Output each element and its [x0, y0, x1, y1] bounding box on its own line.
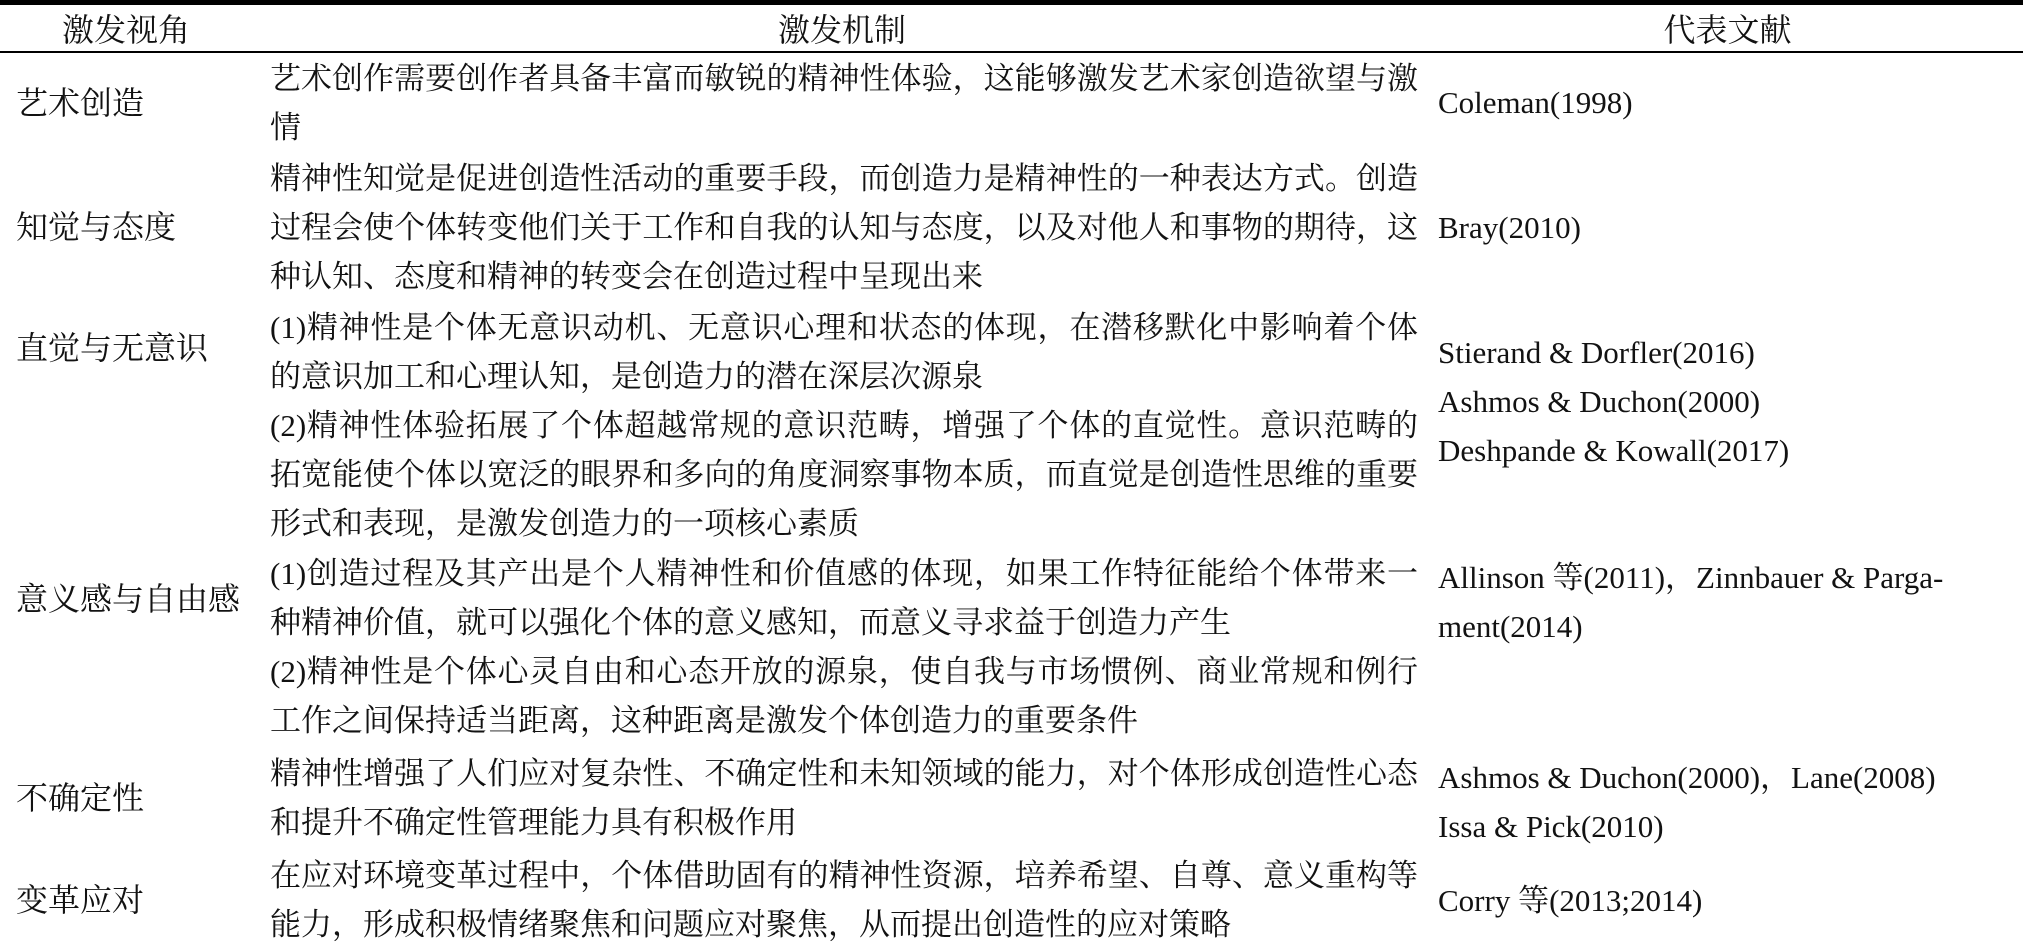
citation-line: Ashmos & Duchon(2000)，Lane(2008): [1438, 753, 2017, 802]
citation-cell: Allinson 等(2011)，Zinnbauer & Parga- ment…: [1432, 549, 2023, 745]
perspective-cell: 不确定性: [0, 745, 252, 851]
header-row: 激发视角 激发机制 代表文献: [0, 3, 2023, 53]
citation-cell: Stierand & Dorfler(2016) Ashmos & Duchon…: [1432, 302, 2023, 549]
perspective-cell: 意义感与自由感: [0, 549, 252, 745]
mechanism-cell: (1)精神性是个体无意识动机、无意识心理和状态的体现，在潜移默化中影响着个体的意…: [252, 302, 1432, 549]
citation-line: Deshpande & Kowall(2017): [1438, 426, 2017, 475]
mechanism-paragraph: 在应对环境变革过程中，个体借助固有的精神性资源，培养希望、自尊、意义重构等能力，…: [270, 851, 1418, 948]
citation-cell: Coleman(1998): [1432, 52, 2023, 152]
citation-line: Stierand & Dorfler(2016): [1438, 328, 2017, 377]
citation-line: Allinson 等(2011)，Zinnbauer & Parga-: [1438, 553, 2017, 602]
column-header-citations: 代表文献: [1432, 3, 2023, 53]
citation-cell: Corry 等(2013;2014): [1432, 851, 2023, 948]
mechanism-paragraph: (1)精神性是个体无意识动机、无意识心理和状态的体现，在潜移默化中影响着个体的意…: [270, 303, 1418, 401]
mechanism-paragraph: (2)精神性体验拓展了个体超越常规的意识范畴，增强了个体的直觉性。意识范畴的拓宽…: [270, 401, 1418, 548]
table-row: 意义感与自由感 (1)创造过程及其产出是个人精神性和价值感的体现，如果工作特征能…: [0, 549, 2023, 745]
citation-line: Corry 等(2013;2014): [1438, 876, 2017, 925]
citation-line: Bray(2010): [1438, 203, 2017, 252]
citation-line: ment(2014): [1438, 602, 2017, 651]
mechanism-cell: 在应对环境变革过程中，个体借助固有的精神性资源，培养希望、自尊、意义重构等能力，…: [252, 851, 1432, 948]
column-header-mechanism: 激发机制: [252, 3, 1432, 53]
mechanism-cell: 精神性知觉是促进创造性活动的重要手段，而创造力是精神性的一种表达方式。创造过程会…: [252, 152, 1432, 302]
citation-line: Coleman(1998): [1438, 78, 2017, 127]
table-row: 不确定性 精神性增强了人们应对复杂性、不确定性和未知领域的能力，对个体形成创造性…: [0, 745, 2023, 851]
perspective-cell: 变革应对: [0, 851, 252, 948]
column-header-perspective: 激发视角: [0, 3, 252, 53]
table-row: 知觉与态度 精神性知觉是促进创造性活动的重要手段，而创造力是精神性的一种表达方式…: [0, 152, 2023, 302]
mechanism-paragraph: (2)精神性是个体心灵自由和心态开放的源泉，使自我与市场惯例、商业常规和例行工作…: [270, 647, 1418, 745]
mechanism-cell: (1)创造过程及其产出是个人精神性和价值感的体现，如果工作特征能给个体带来一种精…: [252, 549, 1432, 745]
perspective-cell: 直觉与无意识: [0, 302, 252, 549]
mechanism-paragraph: 精神性知觉是促进创造性活动的重要手段，而创造力是精神性的一种表达方式。创造过程会…: [270, 154, 1418, 301]
citation-cell: Bray(2010): [1432, 152, 2023, 302]
citation-line: Issa & Pick(2010): [1438, 802, 2017, 851]
table-row: 艺术创造 艺术创作需要创作者具备丰富而敏锐的精神性体验，这能够激发艺术家创造欲望…: [0, 52, 2023, 152]
table-row: 直觉与无意识 (1)精神性是个体无意识动机、无意识心理和状态的体现，在潜移默化中…: [0, 302, 2023, 549]
perspective-cell: 知觉与态度: [0, 152, 252, 302]
perspective-cell: 艺术创造: [0, 52, 252, 152]
mechanism-cell: 艺术创作需要创作者具备丰富而敏锐的精神性体验，这能够激发艺术家创造欲望与激情: [252, 52, 1432, 152]
table-row: 变革应对 在应对环境变革过程中，个体借助固有的精神性资源，培养希望、自尊、意义重…: [0, 851, 2023, 948]
literature-table: 激发视角 激发机制 代表文献 艺术创造 艺术创作需要创作者具备丰富而敏锐的精神性…: [0, 0, 2023, 948]
citation-line: Ashmos & Duchon(2000): [1438, 377, 2017, 426]
mechanism-cell: 精神性增强了人们应对复杂性、不确定性和未知领域的能力，对个体形成创造性心态和提升…: [252, 745, 1432, 851]
citation-cell: Ashmos & Duchon(2000)，Lane(2008) Issa & …: [1432, 745, 2023, 851]
mechanism-paragraph: 精神性增强了人们应对复杂性、不确定性和未知领域的能力，对个体形成创造性心态和提升…: [270, 749, 1418, 847]
mechanism-paragraph: (1)创造过程及其产出是个人精神性和价值感的体现，如果工作特征能给个体带来一种精…: [270, 549, 1418, 647]
mechanism-paragraph: 艺术创作需要创作者具备丰富而敏锐的精神性体验，这能够激发艺术家创造欲望与激情: [270, 54, 1418, 152]
